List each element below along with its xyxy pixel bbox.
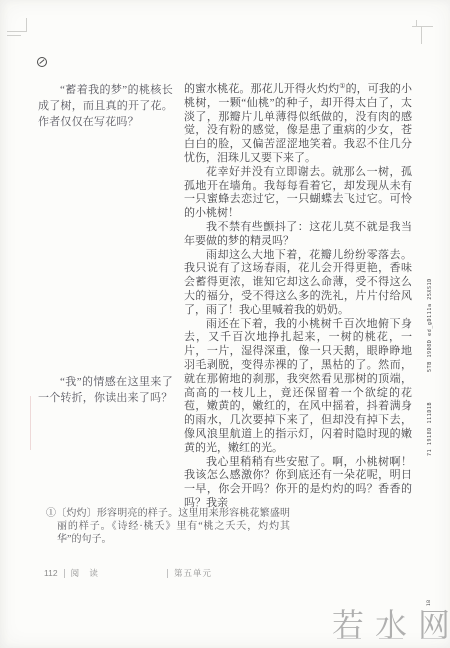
paragraph: 我心里稍稍有些安慰了。啊，小桃树啊！我该怎么感激你？你到底还有一朵花呢，明日一早… <box>184 456 412 511</box>
stamp-icon <box>37 57 47 67</box>
page-number: 112 <box>44 568 58 578</box>
crop-mark-top-left <box>7 35 21 36</box>
grayscale-calibration-bar <box>424 45 437 131</box>
watermark-underline <box>379 638 403 639</box>
watermark-underline <box>421 638 445 639</box>
footer-divider <box>167 569 168 578</box>
page-footer-right: 第五单元 <box>161 567 212 579</box>
footer-unit: 第五单元 <box>174 567 212 579</box>
textbook-page: “蓄着我的梦”的桃核长成了树，而且真的开了花。作者仅仅在写花吗？ “我”的情感在… <box>0 0 450 648</box>
paragraph-list: 花幸好并没有立即谢去。就那么一树，孤孤地开在墙角。我每每看着它，却发现从未有一只… <box>184 166 412 511</box>
footnote: ①〔灼灼〕形容明亮的样子。这里用来形容桃花繁盛明丽的样子。《诗经·桃夭》里有“桃… <box>46 507 290 546</box>
footer-section: 阅 读 <box>71 567 102 579</box>
crop-mark-top-left <box>26 18 27 32</box>
page-footer-left: 112 阅 读 <box>44 567 102 579</box>
margin-note-2: “我”的情感在这里来了一个转折，你读出来了吗？ <box>38 374 173 406</box>
footer-divider <box>64 569 65 578</box>
paragraph-text: 的，可我的小桃树，一颗“仙桃”的种子，却开得太白了，太淡了，那瓣片儿单薄得似纸做… <box>184 83 412 164</box>
footnote-text: 〔灼灼〕形容明亮的样子。这里用来形容桃花繁盛明丽的样子。《诗经·桃夭》里有“桃之… <box>56 508 290 545</box>
footnote-marker: ① <box>46 508 56 519</box>
crop-mark-top-right <box>416 20 417 27</box>
watermark: 若水网 <box>332 600 450 646</box>
watermark-underline <box>337 638 361 639</box>
paragraph: 花幸好并没有立即谢去。就那么一树，孤孤地开在墙角。我每每看着它，却发现从未有一只… <box>184 166 412 221</box>
print-production-code: 71 1918D 111D1B <box>427 380 433 456</box>
paragraph-text: 的蜜水桃花。那花儿开得火灼灼 <box>184 83 339 95</box>
crop-mark-top-left <box>7 31 26 32</box>
paragraph-continuation: 的蜜水桃花。那花儿开得火灼灼①的，可我的小桃树，一颗“仙桃”的种子，却开得太白了… <box>184 83 412 166</box>
paragraph: 雨却这么大地下着，花瓣儿纷纷零落去。我只说有了这场春雨，花儿会开得更艳，香味会蓄… <box>184 249 412 318</box>
margin-note-1: “蓄着我的梦”的桃核长成了树，而且真的开了花。作者仅仅在写花吗？ <box>38 82 173 130</box>
paragraph: 雨还在下着，我的小桃树千百次地俯下身去，又千百次地挣扎起来，一树的桃花，一片，一… <box>184 318 412 456</box>
paragraph: 我不禁有些颤抖了：这花儿莫不就是我当年要做的梦的精灵吗？ <box>184 221 412 249</box>
print-production-code: 1B <box>427 588 432 606</box>
scan-fold-line <box>30 396 31 450</box>
body-text: 的蜜水桃花。那花儿开得火灼灼①的，可我的小桃树，一颗“仙桃”的种子，却开得太白了… <box>184 83 412 511</box>
crop-mark-top-right <box>421 27 422 44</box>
print-production-code: 5TB 19D8D ed_gD111a 25XS1D <box>427 284 433 372</box>
